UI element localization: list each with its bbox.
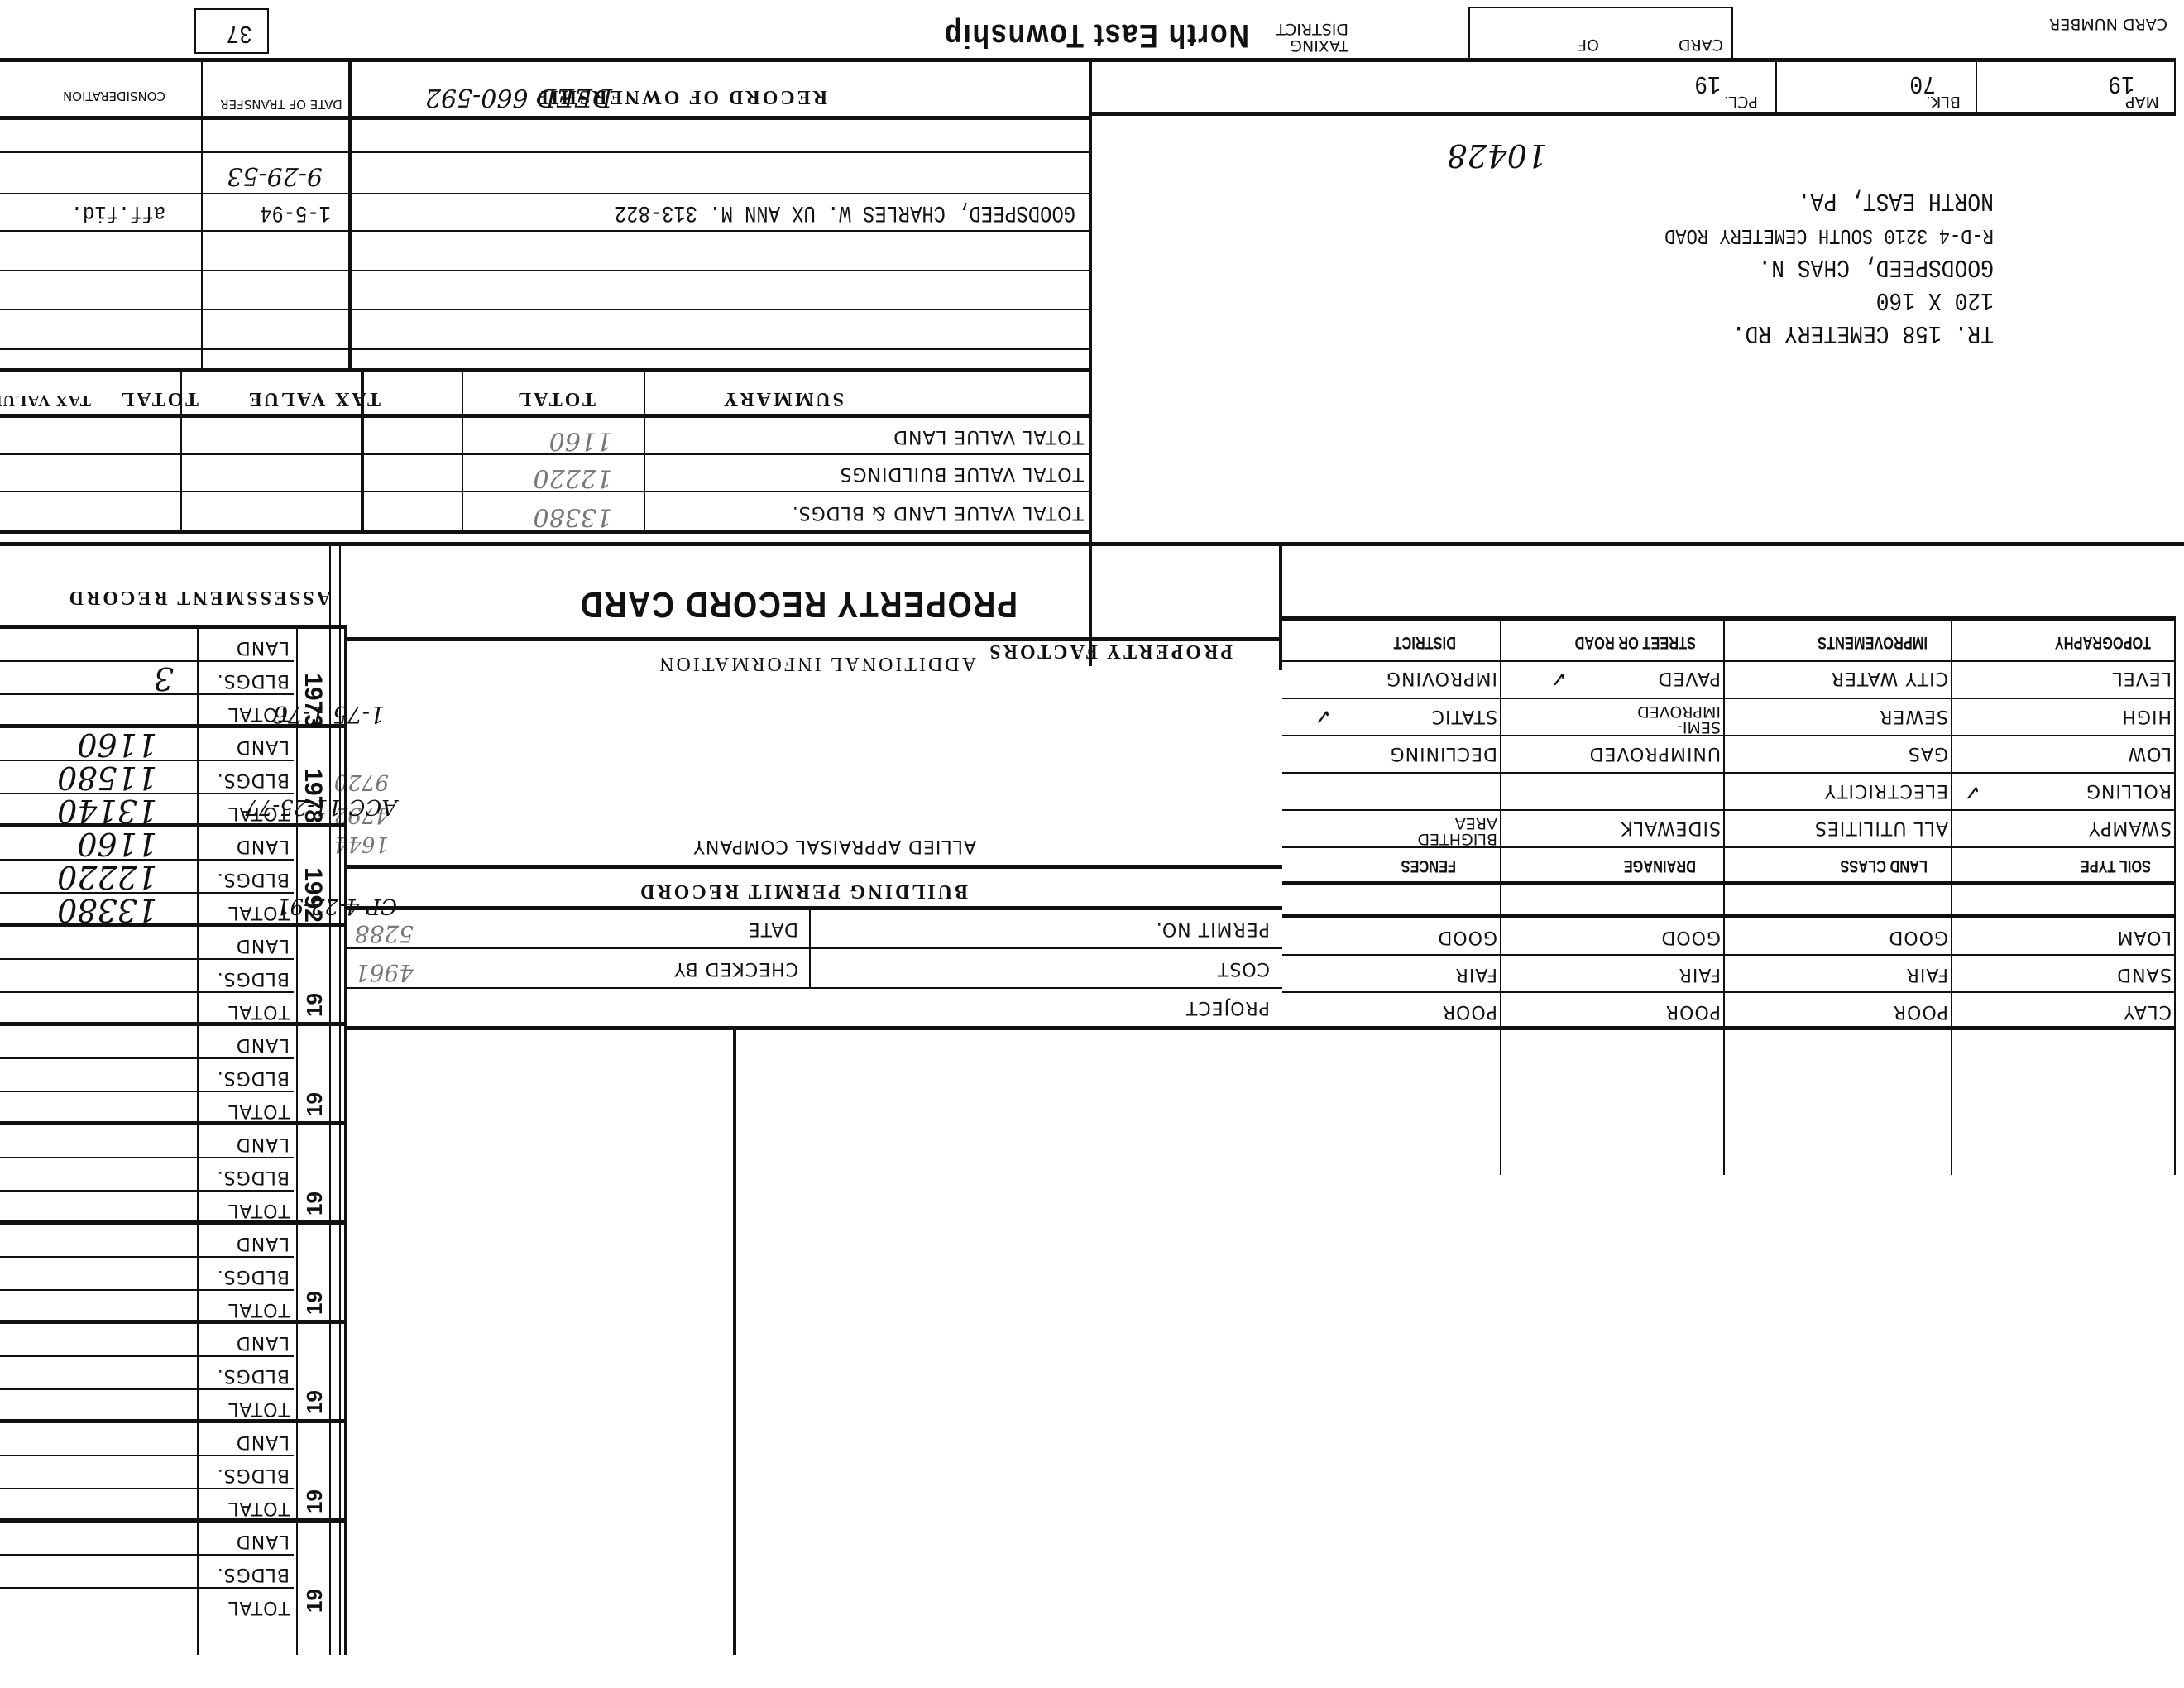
assessment-land-label-6: LAND <box>236 1134 290 1154</box>
assessment-bldgs-label-6: BLDGS. <box>217 1167 290 1187</box>
pf-paved: PAVED <box>1658 668 1721 688</box>
summary-row-land-total: 1160 <box>549 426 612 455</box>
card-title: PROPERTY RECORD CARD <box>579 583 1018 625</box>
year-prefix-5: 19 <box>302 1092 328 1116</box>
assessment-land-label-8: LAND <box>236 1332 290 1353</box>
soil-sand: SAND <box>2116 964 2172 985</box>
pf-level: LEVEL <box>2112 668 2172 688</box>
building-permit-title: BUILDING PERMIT RECORD <box>638 880 968 902</box>
assessment-bldgs-label-2: BLDGS. <box>217 770 290 790</box>
pf-col-land-class: LAND CLASS <box>1840 856 1928 875</box>
ownership-row-1-date: 9-29-53 <box>227 161 323 190</box>
land-class-poor: POOR <box>1893 1001 1948 1022</box>
fences-good: GOOD <box>1437 927 1497 947</box>
description-line-3: GOODSPEED, CHAS N. <box>1758 252 1994 281</box>
assessment-total-label-3: TOTAL <box>227 902 290 923</box>
year-prefix-10: 19 <box>302 1589 328 1613</box>
summary-row-land-bldgs-label: TOTAL VALUE LAND & BLDGS. <box>792 502 1084 523</box>
assessment-bldgs-label: BLDGS. <box>217 670 290 691</box>
pf-improving: IMPROVING <box>1386 668 1497 688</box>
assessment-land-label-10: LAND <box>236 1531 290 1551</box>
assessment-note-3: CP 4-22-91 <box>276 894 397 918</box>
property-record-card: CARD NUMBER CARD OF TAXING DISTRICT Nort… <box>0 0 2184 1688</box>
assessment-land-label-3: LAND <box>236 836 290 856</box>
taxing-district-label: TAXING DISTRICT <box>1257 21 1348 54</box>
summary-total-2-label: TOTAL <box>118 387 199 410</box>
summary-row-land-bldgs-total: 13380 <box>534 502 612 531</box>
checked-by-label: CHECKED BY <box>673 958 798 979</box>
pf-col-topography: TOPOGRAPHY <box>2055 632 2151 652</box>
pf-declining: DECLINING <box>1390 743 1497 764</box>
assessment-total-label-5: TOTAL <box>227 1101 290 1121</box>
assessment-total-label-9: TOTAL <box>227 1498 290 1518</box>
card-of-label: CARD <box>1679 36 1723 54</box>
description-line-2: 120 X 160 <box>1876 285 1994 314</box>
fences-fair: FAIR <box>1455 964 1497 985</box>
assessment-total-label-8: TOTAL <box>227 1398 290 1419</box>
pf-blighted-area: BLIGHTED AREA <box>1373 815 1497 846</box>
pf-all-utilities: ALL UTILITIES <box>1814 818 1948 838</box>
description-note: 10428 <box>1447 137 1547 174</box>
pf-col-street: STREET OR ROAD <box>1574 632 1696 652</box>
taxing-district-value: North East Township <box>943 17 1249 54</box>
pf-electricity: ELECTRICITY <box>1824 780 1948 801</box>
pf-high: HIGH <box>2121 706 2172 727</box>
assessment-land-label-2: LAND <box>236 736 290 757</box>
pf-col-soil-type: SOIL TYPE <box>2081 856 2151 875</box>
box-number: 37 <box>194 8 269 54</box>
permit-date-label: DATE <box>748 918 798 939</box>
summary-row-land-label: TOTAL VALUE LAND <box>893 426 1084 447</box>
additional-note-3: 1644 <box>334 832 389 856</box>
assessment-bldgs-label-9: BLDGS. <box>217 1465 290 1485</box>
summary-row-buildings-total: 12220 <box>534 463 612 492</box>
assessment-total-label-10: TOTAL <box>227 1597 290 1618</box>
assessment-total-label-4: TOTAL <box>227 1001 290 1022</box>
description-line-5: NORTH EAST, PA. <box>1798 186 1994 215</box>
assessment-land-label-9: LAND <box>236 1431 290 1452</box>
pf-swampy: SWAMPY <box>2088 818 2172 838</box>
description-line-4: R-D-4 3210 SOUTH CEMETERY ROAD <box>1664 223 1994 248</box>
assessment-1978-land: 1160 <box>77 727 157 763</box>
soil-loam: LOAM <box>2117 927 2172 947</box>
year-prefix-9: 19 <box>302 1489 328 1513</box>
land-class-good: GOOD <box>1888 927 1948 947</box>
pf-sidewalk: SIDEWALK <box>1620 818 1721 838</box>
assessment-total-label-7: TOTAL <box>227 1299 290 1320</box>
year-prefix-8: 19 <box>302 1390 328 1414</box>
of-label: OF <box>1578 36 1599 54</box>
year-prefix-7: 19 <box>302 1291 328 1315</box>
check-rolling-icon[interactable]: ✓ <box>1963 779 1981 804</box>
allied-appraisal-label: ALLIED APPRAISAL COMPANY <box>692 836 976 856</box>
ownership-row-2-consideration: aff.fid. <box>71 199 165 225</box>
permit-note-2: 4961 <box>355 959 414 986</box>
additional-note-1: 9720 <box>334 770 389 794</box>
pf-unimproved: UNIMPROVED <box>1589 743 1721 764</box>
pf-low: LOW <box>2127 743 2172 764</box>
deed-note: DEED 660-592 <box>425 83 612 112</box>
assessment-bldgs-label-5: BLDGS. <box>217 1067 290 1088</box>
summary-tax-2-label: TAX VALUE <box>0 391 91 410</box>
permit-note-1: 5288 <box>355 920 414 947</box>
land-class-fair: FAIR <box>1906 964 1948 985</box>
year-prefix-6: 19 <box>302 1192 328 1216</box>
assessment-bldgs-label-8: BLDGS. <box>217 1365 290 1386</box>
map-value: 19 <box>2108 69 2134 98</box>
permit-no-label: PERMIT NO. <box>1156 918 1270 939</box>
assessment-1992-land: 1160 <box>77 826 157 862</box>
pf-col-fences: FENCES <box>1401 856 1456 875</box>
assessment-bldgs-label-10: BLDGS. <box>217 1564 290 1585</box>
ownership-row-2-date: 1-5-94 <box>260 199 331 225</box>
year-prefix-4: 19 <box>302 993 328 1017</box>
card-of-box[interactable]: CARD OF <box>1468 7 1733 60</box>
pf-rolling: ROLLING <box>2086 780 2172 801</box>
assessment-1973-bldgs: 3 <box>154 660 174 697</box>
drainage-good: GOOD <box>1660 927 1721 947</box>
assessment-total-label-2: TOTAL <box>227 803 290 823</box>
pf-col-drainage: DRAINAGE <box>1624 856 1696 875</box>
assessment-record-title: ASSESSMENT RECORD <box>67 586 331 608</box>
blk-value: 70 <box>1909 69 1936 98</box>
assessment-1992-bldgs: 12220 <box>57 859 157 895</box>
assessment-total-label: TOTAL <box>227 703 290 724</box>
check-static-icon[interactable]: ✓ <box>1314 703 1332 728</box>
summary-total-1-label: TOTAL <box>515 387 596 410</box>
ownership-row-2-owner: GOODSPEED, CHARLES W. UX ANN M. 313-822 <box>615 199 1075 225</box>
pf-sewer: SEWER <box>1879 706 1948 727</box>
date-of-transfer-label: DATE OF TRANSFER <box>219 97 343 112</box>
assessment-total-label-6: TOTAL <box>227 1200 290 1220</box>
fences-poor: POOR <box>1442 1001 1497 1022</box>
card-number-label: CARD NUMBER <box>2049 15 2167 33</box>
consideration-label: CONSIDERATION <box>63 89 165 103</box>
pf-gas: GAS <box>1908 743 1948 764</box>
drainage-poor: POOR <box>1665 1001 1721 1022</box>
description-line-1: TR. 158 CEMETERY RD. <box>1732 319 1994 348</box>
assessment-bldgs-label-4: BLDGS. <box>217 968 290 989</box>
pcl-label: PCL. <box>1724 93 1758 111</box>
pf-col-district: DISTRICT <box>1393 632 1456 652</box>
assessment-bldgs-label-3: BLDGS. <box>217 869 290 890</box>
pf-semi-improved: SEMI-IMPROVED <box>1597 703 1721 735</box>
assessment-land-label-4: LAND <box>236 935 290 956</box>
additional-info-title: ADDITIONAL INFORMATION <box>657 652 976 674</box>
project-label: PROJECT <box>1185 997 1270 1018</box>
summary-row-buildings-label: TOTAL VALUE BUILDINGS <box>840 463 1084 484</box>
box-number-value: 37 <box>226 18 252 47</box>
assessment-bldgs-label-7: BLDGS. <box>217 1266 290 1287</box>
property-factors-title: PROPERTY FACTORS <box>987 640 1233 662</box>
assessment-land-label-5: LAND <box>236 1034 290 1055</box>
pf-col-improvements: IMPROVEMENTS <box>1818 632 1928 652</box>
assessment-land-label-7: LAND <box>236 1233 290 1254</box>
soil-clay: CLAY <box>2123 1001 2172 1022</box>
cost-label: COST <box>1217 958 1270 979</box>
assessment-land-label: LAND <box>236 637 290 658</box>
summary-title: SUMMARY <box>721 387 844 410</box>
pcl-value: 19 <box>1694 69 1721 98</box>
drainage-fair: FAIR <box>1679 964 1721 985</box>
pf-static: STATIC <box>1431 706 1497 727</box>
check-paved-icon[interactable]: ✓ <box>1549 666 1568 691</box>
assessment-1978-bldgs: 11580 <box>57 760 157 796</box>
pf-city-water: CITY WATER <box>1831 668 1948 688</box>
